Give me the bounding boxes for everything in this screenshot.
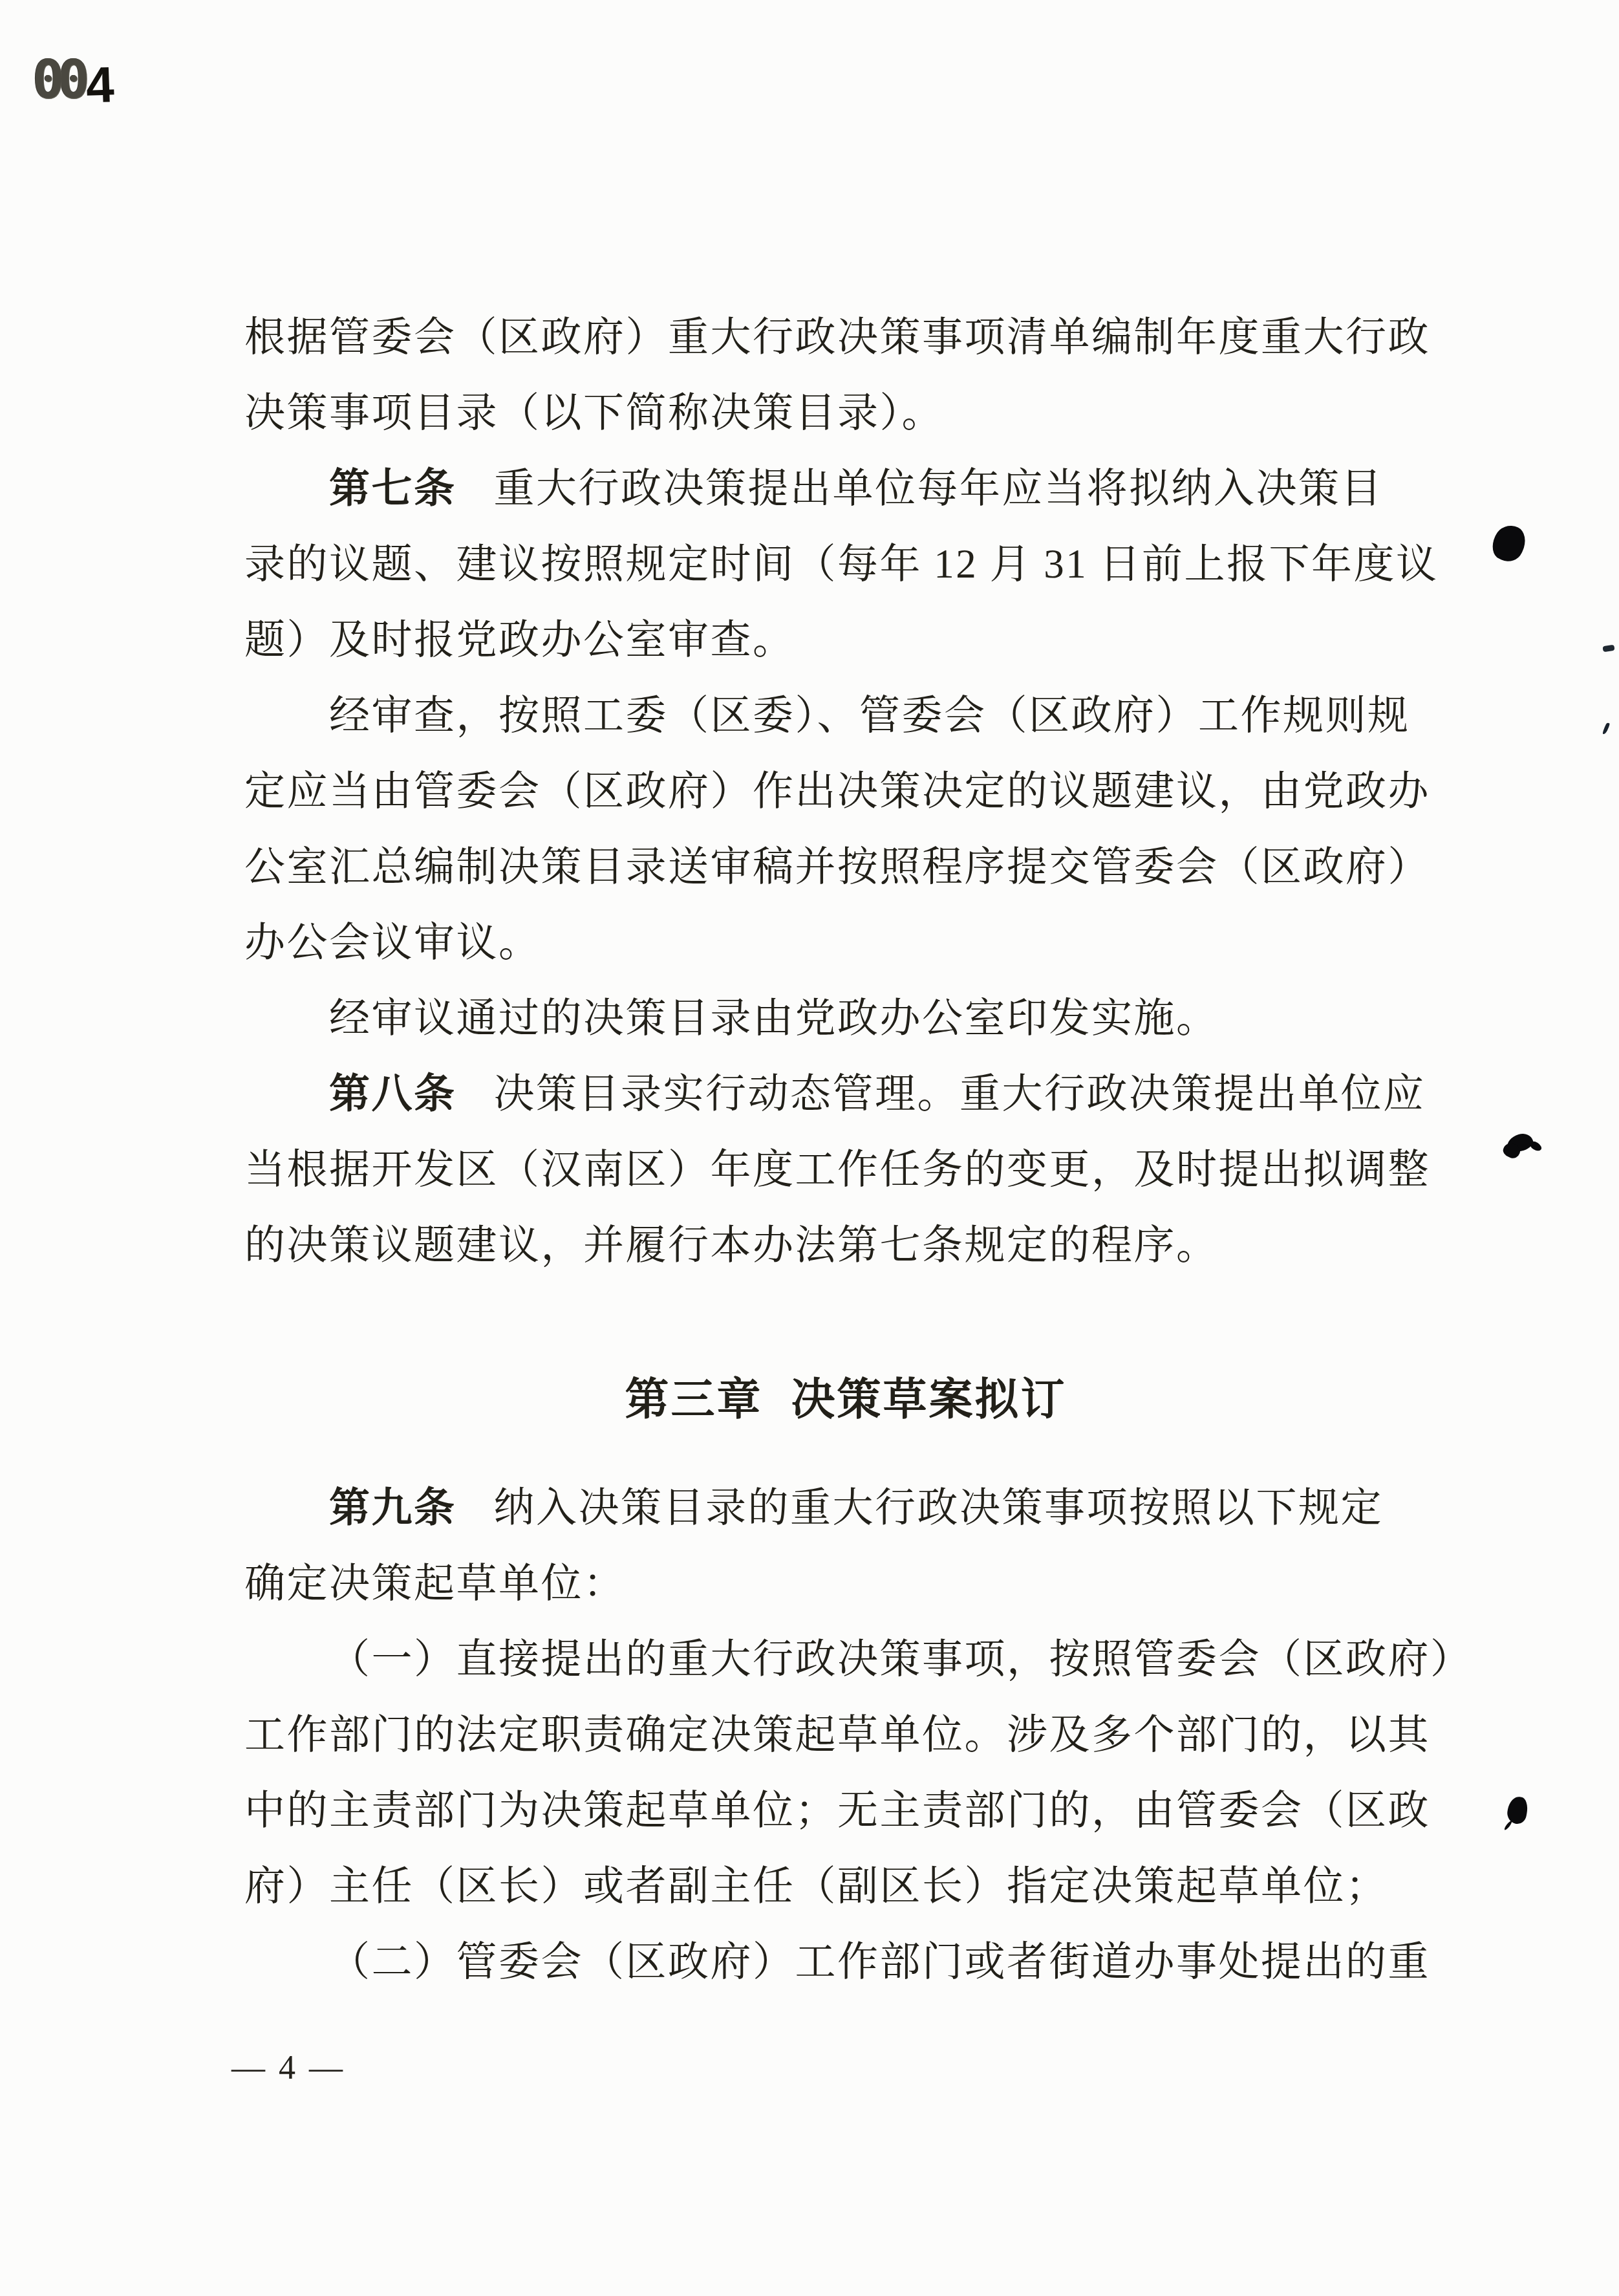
article-label: 第九条 xyxy=(329,1485,456,1530)
line-text: 工作部门的法定职责确定决策起草单位。涉及多个部门的，以其 xyxy=(244,1712,1430,1757)
text-line: 办公会议审议。 xyxy=(244,905,1447,980)
ink-comma-mark xyxy=(1602,722,1611,735)
text-line: 根据管委会（区政府）重大行政决策事项清单编制年度重大行政 xyxy=(244,299,1447,375)
chapter-number: 第三章 xyxy=(625,1375,762,1424)
line-text: 当根据开发区（汉南区）年度工作任务的变更，及时提出拟调整 xyxy=(244,1147,1430,1192)
page-number: — 4 — xyxy=(231,2049,345,2087)
line-text: 经审查，按照工委（区委）、管委会（区政府）工作规则规 xyxy=(329,693,1410,738)
line-text: 府）主任（区长）或者副主任（副区长）指定决策起草单位； xyxy=(244,1863,1388,1909)
line-text: 纳入决策目录的重大行政决策事项按照以下规定 xyxy=(494,1485,1384,1530)
body-text-lower: 第九条纳入决策目录的重大行政决策事项按照以下规定 确定决策起草单位： （一）直接… xyxy=(244,1470,1447,2000)
text-line: 确定决策起草单位： xyxy=(244,1546,1447,1621)
text-line: 第七条重大行政决策提出单位每年应当将拟纳入决策目 xyxy=(244,451,1447,526)
ink-blot-bottom xyxy=(1506,1797,1530,1832)
text-line: （二）管委会（区政府）工作部门或者街道办事处提出的重 xyxy=(244,1924,1447,2000)
text-line: 题）及时报党政办公室审查。 xyxy=(244,602,1447,678)
line-text: 的决策议题建议，并履行本办法第七条规定的程序。 xyxy=(244,1222,1219,1268)
line-text: （一）直接提出的重大行政决策事项，按照管委会（区政府） xyxy=(329,1636,1473,1682)
text-line: 第八条决策目录实行动态管理。重大行政决策提出单位应 xyxy=(244,1056,1447,1132)
line-text: 题）及时报党政办公室审查。 xyxy=(244,617,795,662)
text-line: 经审查，按照工委（区委）、管委会（区政府）工作规则规 xyxy=(244,678,1447,753)
line-text: 经审议通过的决策目录由党政办公室印发实施。 xyxy=(329,995,1219,1041)
text-line: 当根据开发区（汉南区）年度工作任务的变更，及时提出拟调整 xyxy=(244,1132,1447,1208)
stamp-handwritten-digit: 4 xyxy=(85,55,115,114)
article-label: 第七条 xyxy=(329,466,456,511)
article-label: 第八条 xyxy=(329,1071,456,1116)
chapter-heading: 第三章决策草案拟订 xyxy=(244,1362,1447,1438)
text-line: 第九条纳入决策目录的重大行政决策事项按照以下规定 xyxy=(244,1470,1447,1546)
text-line: 府）主任（区长）或者副主任（副区长）指定决策起草单位； xyxy=(244,1848,1447,1924)
line-text: 确定决策起草单位： xyxy=(244,1561,626,1606)
ink-blot-top xyxy=(1487,520,1530,566)
text-line: 录的议题、建议按照规定时间（每年 12 月 31 日前上报下年度议 xyxy=(244,526,1447,602)
text-line: 工作部门的法定职责确定决策起草单位。涉及多个部门的，以其 xyxy=(244,1697,1447,1773)
ink-blot-middle xyxy=(1503,1133,1545,1163)
text-line: 决策事项目录（以下简称决策目录）。 xyxy=(244,375,1447,451)
line-text: 根据管委会（区政府）重大行政决策事项清单编制年度重大行政 xyxy=(244,314,1430,360)
line-text: 办公会议审议。 xyxy=(244,920,541,965)
text-line: 的决策议题建议，并履行本办法第七条规定的程序。 xyxy=(244,1208,1447,1283)
line-text: 重大行政决策提出单位每年应当将拟纳入决策目 xyxy=(494,466,1384,511)
text-line: 定应当由管委会（区政府）作出决策决定的议题建议，由党政办 xyxy=(244,753,1447,829)
text-line: 中的主责部门为决策起草单位；无主责部门的，由管委会（区政 xyxy=(244,1773,1447,1848)
page-stamp: 004 xyxy=(32,49,114,111)
text-line: 经审议通过的决策目录由党政办公室印发实施。 xyxy=(244,980,1447,1056)
line-text: 公室汇总编制决策目录送审稿并按照程序提交管委会（区政府） xyxy=(244,844,1430,889)
ink-dash-mark xyxy=(1602,645,1614,652)
line-text: 录的议题、建议按照规定时间（每年 12 月 31 日前上报下年度议 xyxy=(244,541,1439,587)
text-line: 公室汇总编制决策目录送审稿并按照程序提交管委会（区政府） xyxy=(244,829,1447,905)
line-text: 决策事项目录（以下简称决策目录）。 xyxy=(244,390,944,435)
line-text: 中的主责部门为决策起草单位；无主责部门的，由管委会（区政 xyxy=(244,1788,1430,1833)
chapter-title: 决策草案拟订 xyxy=(791,1375,1067,1424)
line-text: （二）管委会（区政府）工作部门或者街道办事处提出的重 xyxy=(329,1939,1430,1984)
line-text: 决策目录实行动态管理。重大行政决策提出单位应 xyxy=(494,1071,1426,1116)
line-text: 定应当由管委会（区政府）作出决策决定的议题建议，由党政办 xyxy=(244,768,1430,814)
body-text-upper: 根据管委会（区政府）重大行政决策事项清单编制年度重大行政 决策事项目录（以下简称… xyxy=(244,299,1447,1283)
stamp-printed-digits: 00 xyxy=(32,49,83,111)
text-line: （一）直接提出的重大行政决策事项，按照管委会（区政府） xyxy=(244,1621,1447,1697)
scanned-document-page: 004 根据管委会（区政府）重大行政决策事项清单编制年度重大行政 决策事项目录（… xyxy=(0,0,1619,2296)
